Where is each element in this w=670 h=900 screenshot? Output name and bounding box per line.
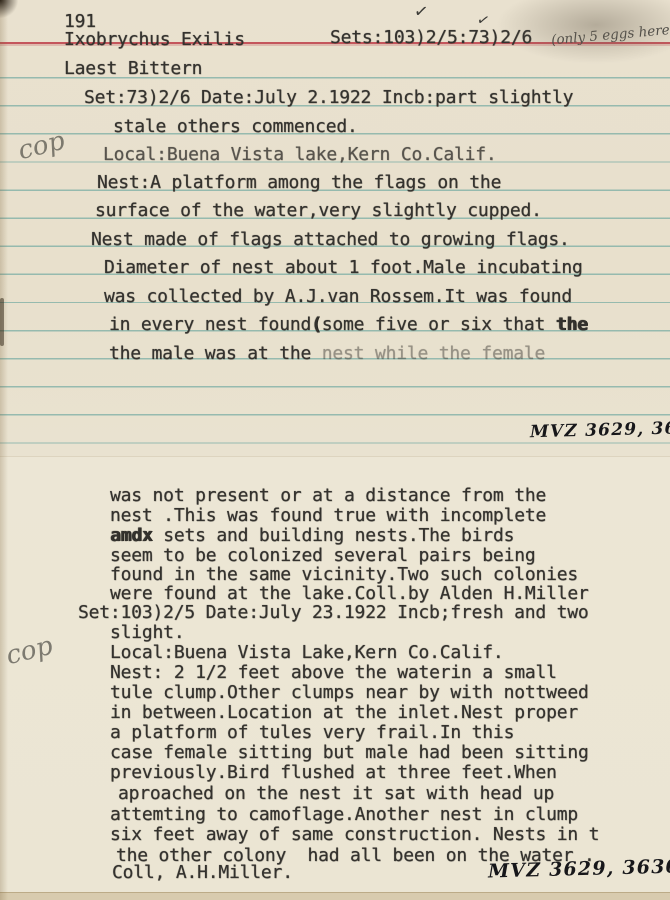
typed-line: aproached on the nest it sat with head u… — [118, 785, 554, 803]
mvz-numbers-annotation: MVZ 3629, 3630 — [488, 855, 670, 882]
scan-edge-artifact — [0, 298, 4, 346]
typed-line: tule clump.Other clumps near by with not… — [110, 684, 589, 702]
top-catalog-card: 191Ixobrychus ExilisSets:103)2/5:73)2/6L… — [0, 0, 670, 456]
pencil-checkmark: ✓ — [413, 1, 430, 23]
typed-line: found in the same vicinity.Two such colo… — [110, 566, 578, 584]
typed-line: Nest made of flags attached to growing f… — [91, 231, 570, 249]
typed-line: Laest Bittern — [64, 60, 202, 78]
typed-line: Nest: 2 1/2 feet above the waterin a sma… — [110, 664, 557, 682]
scanned-document: 191Ixobrychus ExilisSets:103)2/5:73)2/6L… — [0, 0, 670, 900]
mvz-numbers-annotation: MVZ 3629, 3630 — [530, 418, 670, 443]
typed-line: the male was at the nest while the femal… — [109, 345, 545, 363]
typed-line: Set:73)2/6 Date:July 2.1922 Incb:part sl… — [84, 89, 573, 107]
typed-line: a platform of tules very frail.In this — [110, 724, 514, 742]
typed-line: attemting to camoflage.Another nest in c… — [110, 806, 578, 824]
typed-line: stale others commenced. — [113, 118, 358, 136]
typed-line: case female sitting but male had been si… — [110, 744, 589, 762]
typed-line: amdx sets and building nests.The birds — [110, 527, 514, 545]
typed-line: in every nest found(some five or six tha… — [109, 316, 588, 334]
typed-line: slight. — [110, 624, 184, 642]
typed-line: Diameter of nest about 1 foot.Male incub… — [104, 259, 583, 277]
typed-line: seem to be colonized several pairs being — [110, 547, 535, 565]
typed-line: Local:Buena Vista lake,Kern Co.Calif. — [103, 146, 497, 164]
margin-cop-mark: cop — [15, 126, 68, 166]
typed-line: previously.Bird flushed at three feet.Wh… — [110, 764, 557, 782]
typed-line: nest .This was found true with incomplet… — [110, 507, 546, 525]
typed-line: six feet away of same construction. Nest… — [110, 826, 599, 844]
typed-line: Local:Buena Vista Lake,Kern Co.Calif. — [110, 644, 504, 662]
typed-line: were found at the lake.Coll.by Alden H.M… — [110, 585, 589, 603]
typed-line: Coll, A.H.Miller. — [112, 864, 293, 882]
typed-line: Nest:A platform among the flags on the — [97, 174, 501, 192]
typed-line: in between.Location at the inlet.Nest pr… — [110, 704, 578, 722]
scan-smudge — [496, 0, 670, 64]
typed-line: was collected by A.J.van Rossem.It was f… — [104, 288, 572, 306]
typed-line: surface of the water,very slightly cuppe… — [95, 202, 542, 220]
typed-line: was not present or at a distance from th… — [110, 487, 546, 505]
scan-corner-artifact — [0, 0, 18, 18]
card-bottom-edge — [0, 892, 670, 900]
typed-line: Ixobrychus Exilis — [64, 31, 245, 49]
scan-left-edge-shadow — [0, 0, 8, 900]
typed-line: Set:103)2/5 Date:July 23.1922 Incb;fresh… — [78, 604, 589, 622]
